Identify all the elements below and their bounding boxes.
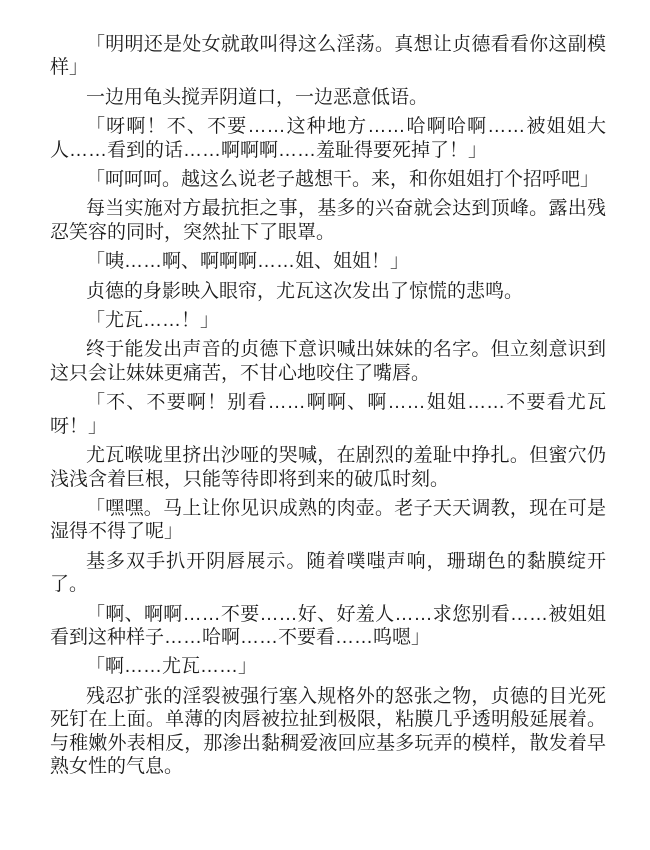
paragraph: 每当实施对方最抗拒之事，基多的兴奋就会达到顶峰。露出残忍笑容的同时，突然扯下了眼… [50,197,606,244]
paragraph: 终于能发出声音的贞德下意识喊出妹妹的名字。但立刻意识到这只会让妹妹更痛苦，不甘心… [50,338,606,385]
paragraph: 尤瓦喉咙里挤出沙哑的哭喊，在剧烈的羞耻中挣扎。但蜜穴仍浅浅含着巨根，只能等待即将… [50,444,606,491]
document-page: 「明明还是处女就敢叫得这么淫荡。真想让贞德看看你这副模样」 一边用龟头搅弄阴道口… [0,0,650,850]
paragraph: 「尤瓦……！」 [50,309,606,332]
paragraph: 「啊……尤瓦……」 [50,655,606,678]
paragraph: 贞德的身影映入眼帘，尤瓦这次发出了惊慌的悲鸣。 [50,280,606,303]
paragraph: 基多双手扒开阴唇展示。随着噗嗤声响，珊瑚色的黏膜绽开了。 [50,550,606,597]
paragraph: 「明明还是处女就敢叫得这么淫荡。真想让贞德看看你这副模样」 [50,33,606,80]
paragraph: 「嘿嘿。马上让你见识成熟的肉壶。老子天天调教，现在可是湿得不得了呢」 [50,497,606,544]
paragraph: 「咦……啊、啊啊啊……姐、姐姐！」 [50,250,606,273]
paragraph: 「呀啊！不、不要……这种地方……哈啊哈啊……被姐姐大人……看到的话……啊啊啊……… [50,115,606,162]
paragraph: 「不、不要啊！别看……啊啊、啊……姐姐……不要看尤瓦呀！」 [50,391,606,438]
paragraph: 「啊、啊啊……不要……好、好羞人……求您别看……被姐姐看到这种样子……哈啊……不… [50,603,606,650]
paragraph: 「呵呵呵。越这么说老子越想干。来，和你姐姐打个招呼吧」 [50,168,606,191]
paragraph: 一边用龟头搅弄阴道口，一边恶意低语。 [50,86,606,109]
paragraph: 残忍扩张的淫裂被强行塞入规格外的怒张之物，贞德的目光死死钉在上面。单薄的肉唇被拉… [50,685,606,779]
